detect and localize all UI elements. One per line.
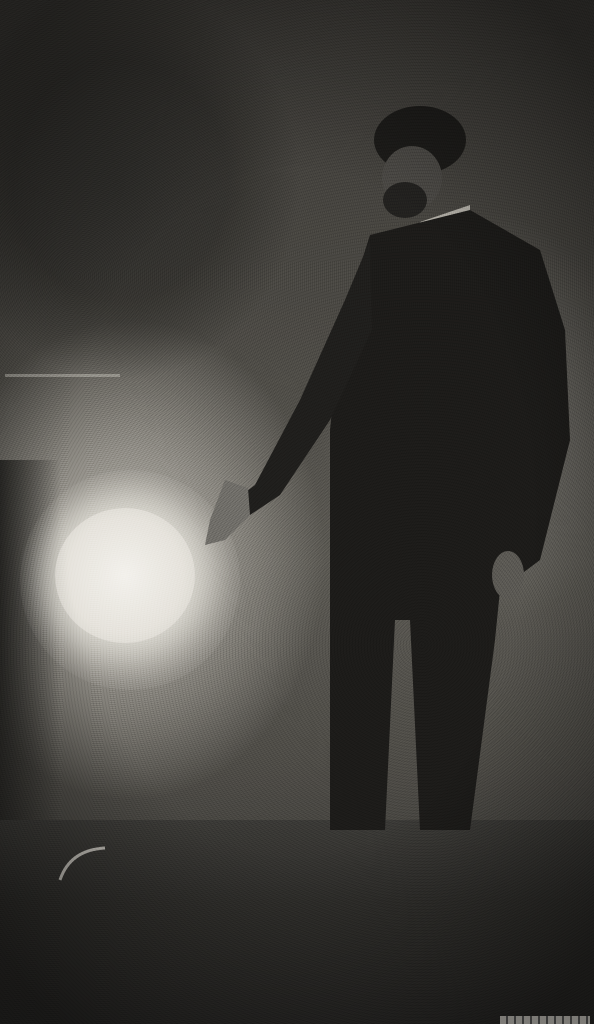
photograph: [0, 0, 594, 1024]
vignette: [0, 0, 594, 1024]
illegible-edge-mark: [500, 1016, 590, 1024]
